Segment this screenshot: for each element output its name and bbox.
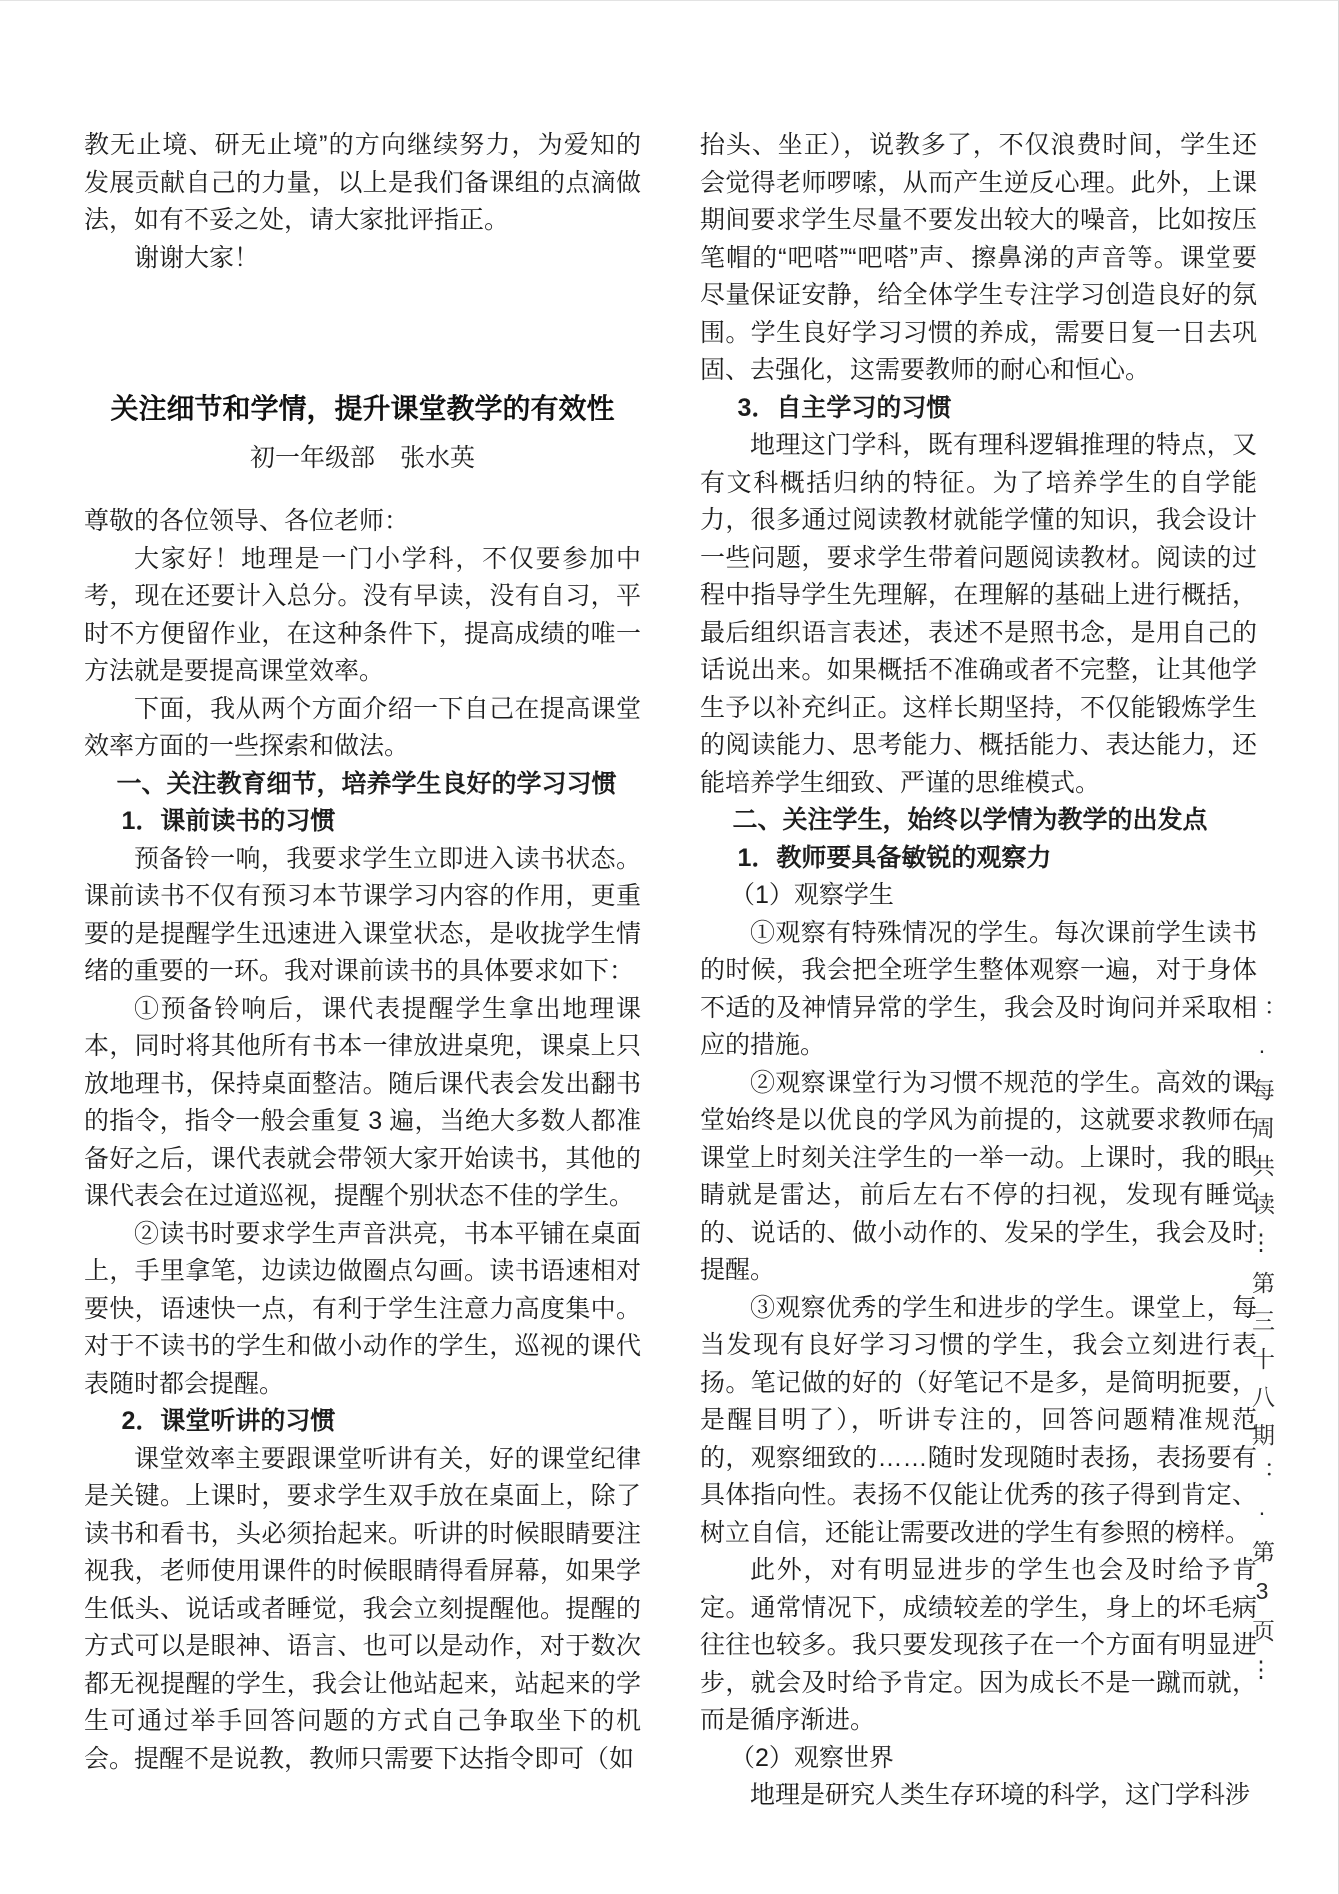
paragraph: 下面，我从两个方面介绍一下自己在提高课堂效率方面的一些探索和做法。 [84,691,641,766]
minor-heading: （2）观察世界 [700,1740,1257,1778]
article-title: 关注细节和学情，提升课堂教学的有效性 [84,389,641,429]
page-margin-note: ：·每周共读⋮第三十八期：·第3页⋮ [1246,999,1279,1698]
subsection-heading: 2．课堂听讲的习惯 [84,1403,641,1441]
paragraph: ①预备铃响后，课代表提醒学生拿出地理课本，同时将其他所有书本一律放进桌兜，课桌上… [84,991,641,1216]
paragraph: 谢谢大家！ [84,240,641,278]
section-heading: 一、关注教育细节，培养学生良好的学习习惯 [84,766,641,804]
paragraph: 地理这门学科，既有理科逻辑推理的特点，又有文科概括归纳的特征。为了培养学生的自学… [700,427,1257,802]
paragraph: 大家好！地理是一门小学科，不仅要参加中考，现在还要计入总分。没有早读，没有自习，… [84,541,641,691]
article-byline: 初一年级部 张水英 [84,443,641,473]
subsection-heading: 1．教师要具备敏锐的观察力 [700,840,1257,878]
right-column: 抬头、坐正），说教多了，不仅浪费时间，学生还会觉得老师啰嗦，从而产生逆反心理。此… [700,127,1257,1815]
section-heading: 二、关注学生，始终以学情为教学的出发点 [700,802,1257,840]
paragraph: ②观察课堂行为习惯不规范的学生。高效的课堂始终是以优良的学风为前提的，这就要求教… [700,1065,1257,1290]
paragraph: 地理是研究人类生存环境的科学，这门学科涉 [700,1777,1257,1815]
paragraph: 此外，对有明显进步的学生也会及时给予肯定。通常情况下，成绩较差的学生，身上的坏毛… [700,1552,1257,1740]
subsection-heading: 1．课前读书的习惯 [84,803,641,841]
paragraph: ③观察优秀的学生和进步的学生。课堂上，每当发现有良好学习习惯的学生，我会立刻进行… [700,1290,1257,1553]
paragraph: 教无止境、研无止境”的方向继续努力，为爱知的发展贡献自己的力量，以上是我们备课组… [84,127,641,240]
paragraph: 抬头、坐正），说教多了，不仅浪费时间，学生还会觉得老师啰嗦，从而产生逆反心理。此… [700,127,1257,390]
paragraph: ①观察有特殊情况的学生。每次课前学生读书的时候，我会把全班学生整体观察一遍，对于… [700,915,1257,1065]
paragraph: 预备铃一响，我要求学生立即进入读书状态。课前读书不仅有预习本节课学习内容的作用，… [84,841,641,991]
paragraph: 尊敬的各位领导、各位老师： [84,503,641,541]
paragraph: ②读书时要求学生声音洪亮，书本平铺在桌面上，手里拿笔，边读边做圈点勾画。读书语速… [84,1216,641,1404]
subsection-heading: 3．自主学习的习惯 [700,390,1257,428]
left-column: 教无止境、研无止境”的方向继续努力，为爱知的发展贡献自己的力量，以上是我们备课组… [84,127,641,1778]
document-page: 教无止境、研无止境”的方向继续努力，为爱知的发展贡献自己的力量，以上是我们备课组… [0,0,1339,1894]
paragraph: 课堂效率主要跟课堂听讲有关，好的课堂纪律是关键。上课时，要求学生双手放在桌面上，… [84,1441,641,1779]
minor-heading: （1）观察学生 [700,877,1257,915]
